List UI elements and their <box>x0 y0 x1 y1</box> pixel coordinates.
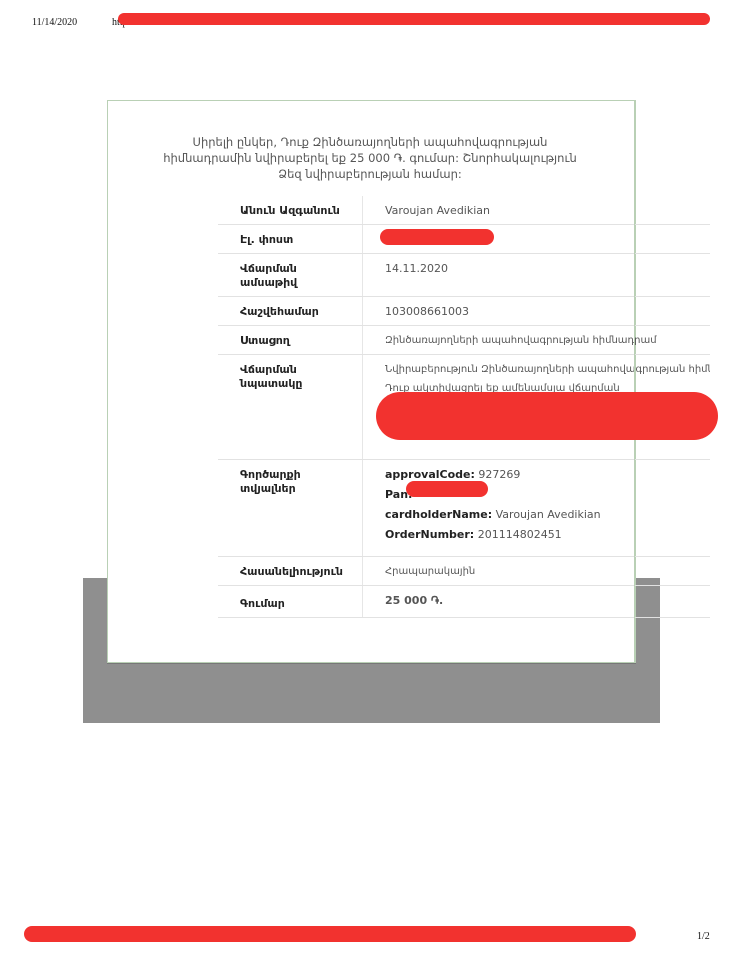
purpose-text: Նվիրաբերություն Զինծառայողների ապահովագր… <box>385 363 710 377</box>
intro-message: Սիրելի ընկեր, Դուք Զինծառայողների ապահով… <box>160 134 580 182</box>
page-number: 1/2 <box>697 931 710 942</box>
row-visibility: Հասանելիություն Հրապարակային <box>218 557 710 586</box>
approval-code: approvalCode: 927269 <box>385 468 710 482</box>
value-recipient: Զինծառայողների ապահովագրության հիմնադրամ <box>363 326 710 354</box>
value-visibility: Հրապարակային <box>363 557 710 585</box>
order-number: OrderNumber: 201114802451 <box>385 528 710 542</box>
row-transaction: Գործարքի տվյալներ approvalCode: 927269 P… <box>218 460 710 557</box>
row-payment-date: Վճարման ամսաթիվ 14.11.2020 <box>218 254 710 297</box>
cardholder-name: cardholderName: Varoujan Avedikian <box>385 508 710 522</box>
row-account: Հաշվեհամար 103008661003 <box>218 297 710 326</box>
label-purpose: Վճարման նպատակը <box>218 355 363 459</box>
row-name: Անուն Ազգանուն Varoujan Avedikian <box>218 196 710 225</box>
label-visibility: Հասանելիություն <box>218 557 363 585</box>
row-amount: Գումար 25 000 ֏. <box>218 586 710 618</box>
value-name: Varoujan Avedikian <box>363 196 710 224</box>
url-redaction <box>118 13 710 25</box>
value-amount: 25 000 ֏. <box>363 586 710 617</box>
email-redaction <box>380 229 494 245</box>
row-recipient: Ստացող Զինծառայողների ապահովագրության հի… <box>218 326 710 355</box>
label-account: Հաշվեհամար <box>218 297 363 325</box>
value-account: 103008661003 <box>363 297 710 325</box>
frame-right-border <box>634 100 635 662</box>
value-transaction: approvalCode: 927269 Pan: cardholderName… <box>363 460 710 556</box>
label-payment-date: Վճարման ամսաթիվ <box>218 254 363 296</box>
label-recipient: Ստացող <box>218 326 363 354</box>
label-email: Էլ. փոստ <box>218 225 363 253</box>
label-name: Անուն Ազգանուն <box>218 196 363 224</box>
purpose-redaction <box>376 392 718 440</box>
footer-url-redaction <box>24 926 636 942</box>
print-date: 11/14/2020 <box>32 17 77 28</box>
label-transaction: Գործարքի տվյալներ <box>218 460 363 556</box>
label-amount: Գումար <box>218 586 363 617</box>
value-payment-date: 14.11.2020 <box>363 254 710 296</box>
pan-redaction <box>406 481 488 497</box>
